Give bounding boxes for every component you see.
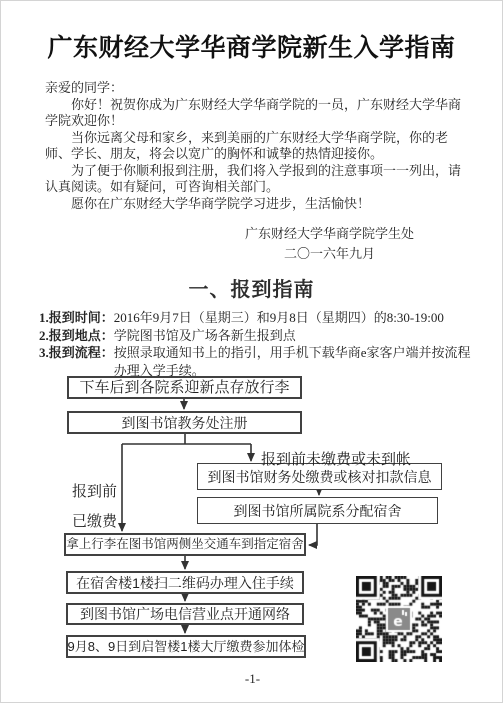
signature-date: 二〇一六年九月 bbox=[245, 246, 414, 263]
page-title: 广东财经大学华商学院新生入学指南 bbox=[11, 28, 492, 64]
document-page: 广东财经大学华商学院新生入学指南 亲爱的同学： 你好！祝贺你成为广东财经大学华商… bbox=[0, 0, 503, 703]
guide-item-text: 2016年9月7日（星期三）和9月8日（星期四）的8:30-19:00 bbox=[114, 309, 472, 327]
flow-step-register: 到图书馆教务处注册 bbox=[67, 411, 302, 434]
guide-list: 1.报到时间： 2016年9月7日（星期三）和9月8日（星期四）的8:30-19… bbox=[39, 309, 472, 379]
flow-step-store-luggage: 下车后到各院系迎新点存放行李 bbox=[67, 376, 302, 399]
page-number: -1- bbox=[1, 671, 503, 687]
intro-paragraph-4: 愿你在广东财经大学华商学院学习进步，生活愉快！ bbox=[45, 196, 464, 213]
guide-item-label: 2.报到地点： bbox=[39, 327, 114, 345]
signature: 广东财经大学华商学院学生处 bbox=[245, 226, 414, 243]
guide-item-time: 1.报到时间： 2016年9月7日（星期三）和9月8日（星期四）的8:30-19… bbox=[39, 309, 472, 327]
intro-section: 亲爱的同学： 你好！祝贺你成为广东财经大学华商学院的一员，广东财经大学华商学院欢… bbox=[45, 80, 464, 262]
signature-block: 广东财经大学华商学院学生处 二〇一六年九月 bbox=[245, 226, 414, 262]
enrollment-flowchart: 下车后到各院系迎新点存放行李 到图书馆教务处注册 到图书馆财务处缴费或核对扣款信… bbox=[1, 371, 503, 681]
branch-label-unpaid: 报到前未缴费或未到帐 bbox=[261, 448, 411, 469]
intro-paragraph-1: 你好！祝贺你成为广东财经大学华商学院的一员，广东财经大学华商学院欢迎你！ bbox=[45, 97, 464, 130]
section-heading: 一、报到指南 bbox=[1, 273, 502, 302]
branch-label-paid-line1: 报到前 bbox=[72, 480, 117, 501]
intro-paragraph-3: 为了便于你顺利报到注册，我们将入学报到的注意事项一一列出，请认真阅读。如有疑问，… bbox=[45, 163, 464, 196]
salutation: 亲爱的同学： bbox=[45, 80, 464, 97]
branch-label-paid-line2: 已缴费 bbox=[72, 510, 117, 531]
flow-step-network: 到图书馆广场电信营业点开通网络 bbox=[66, 603, 304, 625]
qr-code bbox=[356, 576, 442, 662]
flow-step-shuttle-to-dorm: 拿上行李在图书馆两侧坐交通车到指定宿舍 bbox=[64, 533, 306, 556]
flow-step-checkin-qr: 在宿舍楼1楼扫二维码办理入住手续 bbox=[66, 571, 304, 594]
guide-item-label: 1.报到时间： bbox=[39, 309, 114, 327]
flow-step-assign-dorm: 到图书馆所属院系分配宿舍 bbox=[197, 497, 438, 524]
guide-item-place: 2.报到地点： 学院图书馆及广场各新生报到点 bbox=[39, 327, 472, 345]
guide-item-text: 学院图书馆及广场各新生报到点 bbox=[114, 327, 472, 345]
intro-paragraph-2: 当你远离父母和家乡，来到美丽的广东财经大学华商学院，你的老师、学长、朋友，将会以… bbox=[45, 130, 464, 163]
flow-step-medical-exam: 9月8、9日到启智楼1楼大厅缴费参加体检 bbox=[66, 635, 306, 658]
